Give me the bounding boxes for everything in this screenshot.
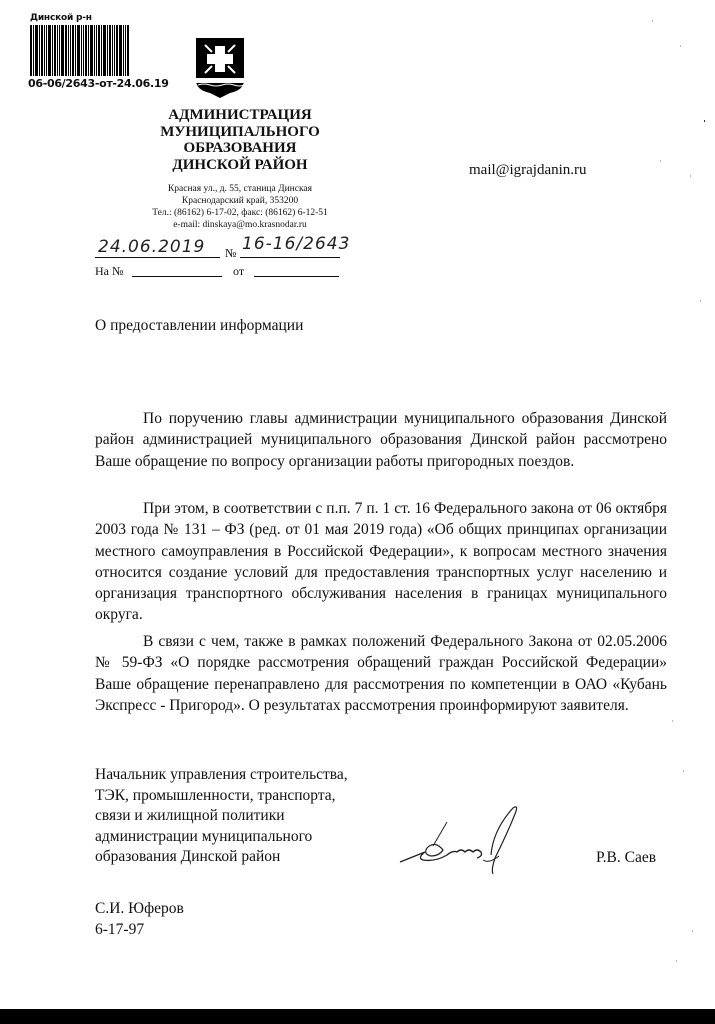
address-line: Краснодарский край, 353200 — [100, 195, 380, 207]
org-line: МУНИЦИПАЛЬНОГО — [100, 124, 380, 141]
handwritten-number: 16-16/2643 — [242, 234, 350, 254]
paragraph-text: При этом, в соответствии с п.п. 7 п. 1 с… — [95, 498, 667, 626]
body-paragraph-2: При этом, в соответствии с п.п. 7 п. 1 с… — [95, 498, 667, 626]
title-line: ТЭК, промышленности, транспорта, — [95, 786, 348, 807]
letter-subject: О предоставлении информации — [95, 317, 303, 335]
executor-name: С.И. Юферов — [95, 898, 184, 919]
signatory-title: Начальник управления строительства, ТЭК,… — [95, 765, 348, 868]
handwritten-date: 24.06.2019 — [98, 237, 205, 257]
number-sign: № — [225, 246, 236, 261]
executor-phone: 6-17-97 — [95, 919, 184, 940]
body-paragraph-1: По поручению главы администрации муницип… — [95, 408, 667, 472]
address-line: Тел.: (86162) 6-17-02, факс: (86162) 6-1… — [100, 207, 380, 219]
org-line: ОБРАЗОВАНИЯ — [100, 140, 380, 157]
body-paragraph-3: В связи с чем, также в рамках положений … — [95, 631, 667, 716]
address-line: e-mail: dinskaya@mo.krasnodar.ru — [100, 219, 380, 231]
org-line: АДМИНИСТРАЦИЯ — [100, 107, 380, 124]
title-line: связи и жилищной политики — [95, 806, 348, 827]
barcode — [30, 25, 134, 76]
address-line: Красная ул., д. 55, станица Динская — [100, 183, 380, 195]
paragraph-text: В связи с чем, также в рамках положений … — [95, 631, 667, 716]
title-line: Начальник управления строительства, — [95, 765, 348, 786]
title-line: администрации муниципального — [95, 827, 348, 848]
barcode-label: Динской р-н — [30, 13, 92, 23]
handwritten-signature-icon — [395, 800, 525, 875]
organization-address: Красная ул., д. 55, станица Динская Крас… — [100, 183, 380, 231]
recipient-email: mail@igrajdanin.ru — [469, 162, 587, 179]
paragraph-text: По поручению главы администрации муницип… — [95, 408, 667, 472]
org-line: ДИНСКОЙ РАЙОН — [100, 157, 380, 174]
scan-border — [0, 1009, 715, 1024]
registration-stamp-number: 06-06/2643-от-24.06.19 — [28, 77, 169, 90]
ref-number-label: На № — [95, 264, 123, 279]
coat-of-arms-icon — [194, 36, 246, 100]
executor-info: С.И. Юферов 6-17-97 — [95, 898, 184, 940]
ref-from-label: от — [233, 264, 244, 279]
registration-block: 24.06.2019 № 16-16/2643 На № от — [95, 240, 385, 280]
organization-name: АДМИНИСТРАЦИЯ МУНИЦИПАЛЬНОГО ОБРАЗОВАНИЯ… — [100, 107, 380, 173]
title-line: образования Динской район — [95, 847, 348, 868]
signatory-name: Р.В. Саев — [596, 849, 656, 867]
